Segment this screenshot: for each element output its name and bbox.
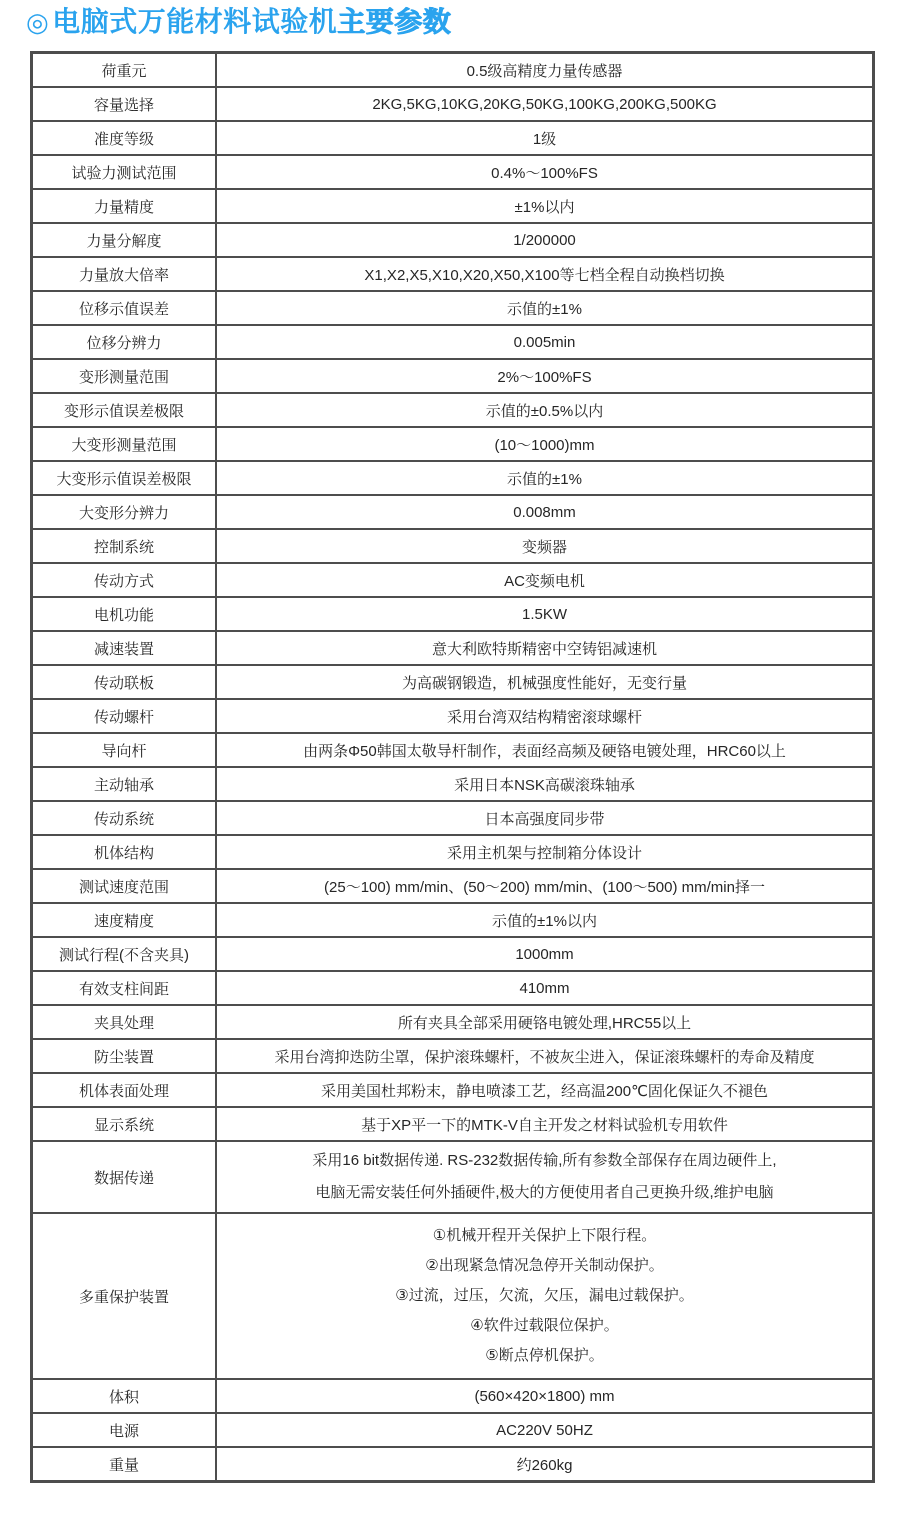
spec-label: 传动方式 [32, 563, 217, 597]
table-row: 电源AC220V 50HZ [32, 1413, 874, 1447]
table-row: 机体结构采用主机架与控制箱分体设计 [32, 835, 874, 869]
spec-value: 基于XP平一下的MTK-V自主开发之材料试验机专用软件 [216, 1107, 874, 1141]
spec-label: 测试速度范围 [32, 869, 217, 903]
spec-value: 1.5KW [216, 597, 874, 631]
spec-value: 0.005min [216, 325, 874, 359]
spec-value: X1,X2,X5,X10,X20,X50,X100等七档全程自动换档切换 [216, 257, 874, 291]
table-row: 位移分辨力0.005min [32, 325, 874, 359]
spec-label: 电源 [32, 1413, 217, 1447]
table-row: 显示系统基于XP平一下的MTK-V自主开发之材料试验机专用软件 [32, 1107, 874, 1141]
table-row: 传动联板为高碳钢锻造，机械强度性能好，无变行量 [32, 665, 874, 699]
spec-label: 机体表面处理 [32, 1073, 217, 1107]
spec-value: 为高碳钢锻造，机械强度性能好，无变行量 [216, 665, 874, 699]
spec-value-line: 采用16 bit数据传递. RS-232数据传输,所有参数全部保存在周边硬件上, [225, 1145, 864, 1177]
spec-value: 变频器 [216, 529, 874, 563]
spec-value-line: 电脑无需安装任何外插硬件,极大的方便使用者自己更换升级,维护电脑 [225, 1177, 864, 1209]
spec-value: 日本高强度同步带 [216, 801, 874, 835]
spec-label: 变形示值误差极限 [32, 393, 217, 427]
spec-label: 力量精度 [32, 189, 217, 223]
spec-label: 减速装置 [32, 631, 217, 665]
spec-label: 导向杆 [32, 733, 217, 767]
spec-value: 采用16 bit数据传递. RS-232数据传输,所有参数全部保存在周边硬件上,… [216, 1141, 874, 1213]
page-title-bold: 主要参数 [337, 6, 451, 37]
spec-value: 采用日本NSK高碳滚珠轴承 [216, 767, 874, 801]
spec-value: ±1%以内 [216, 189, 874, 223]
spec-value: AC变频电机 [216, 563, 874, 597]
table-row: 主动轴承采用日本NSK高碳滚珠轴承 [32, 767, 874, 801]
spec-label: 数据传递 [32, 1141, 217, 1213]
table-row: 试验力测试范围0.4%～100%FS [32, 155, 874, 189]
spec-label: 容量选择 [32, 87, 217, 121]
spec-label: 大变形测量范围 [32, 427, 217, 461]
spec-value: AC220V 50HZ [216, 1413, 874, 1447]
spec-label: 电机功能 [32, 597, 217, 631]
spec-value: 采用台湾双结构精密滚球螺杆 [216, 699, 874, 733]
spec-value: 2%～100%FS [216, 359, 874, 393]
spec-label: 准度等级 [32, 121, 217, 155]
table-row: 力量分解度1/200000 [32, 223, 874, 257]
table-row: 防尘装置采用台湾抑迭防尘罩，保护滚珠螺杆，不被灰尘进入，保证滚珠螺杆的寿命及精度 [32, 1039, 874, 1073]
table-row-data-transfer: 数据传递 采用16 bit数据传递. RS-232数据传输,所有参数全部保存在周… [32, 1141, 874, 1213]
spec-value-line: ⑤断点停机保护。 [225, 1341, 864, 1371]
spec-label: 试验力测试范围 [32, 155, 217, 189]
table-row: 有效支柱间距410mm [32, 971, 874, 1005]
spec-value: 示值的±1%以内 [216, 903, 874, 937]
table-row: 体积(560×420×1800) mm [32, 1379, 874, 1413]
spec-label: 荷重元 [32, 53, 217, 88]
spec-label: 传动系统 [32, 801, 217, 835]
spec-label: 变形测量范围 [32, 359, 217, 393]
table-row: 力量放大倍率X1,X2,X5,X10,X20,X50,X100等七档全程自动换档… [32, 257, 874, 291]
table-row: 准度等级1级 [32, 121, 874, 155]
spec-label: 力量放大倍率 [32, 257, 217, 291]
table-row: 测试行程(不含夹具)1000mm [32, 937, 874, 971]
table-row: 变形示值误差极限示值的±0.5%以内 [32, 393, 874, 427]
table-row: 导向杆由两条Φ50韩国太敬导杆制作，表面经高频及硬铬电镀处理，HRC60以上 [32, 733, 874, 767]
table-row: 控制系统变频器 [32, 529, 874, 563]
title-bullet-icon: ◎ [26, 7, 49, 37]
table-row: 机体表面处理采用美国杜邦粉末，静电喷漆工艺，经高温200℃固化保证久不褪色 [32, 1073, 874, 1107]
spec-value: 所有夹具全部采用硬铬电镀处理,HRC55以上 [216, 1005, 874, 1039]
table-row: 减速装置意大利欧特斯精密中空铸铝减速机 [32, 631, 874, 665]
spec-label: 防尘装置 [32, 1039, 217, 1073]
spec-value-line: ②出现紧急情况急停开关制动保护。 [225, 1251, 864, 1281]
spec-value: 采用台湾抑迭防尘罩，保护滚珠螺杆，不被灰尘进入，保证滚珠螺杆的寿命及精度 [216, 1039, 874, 1073]
spec-value-line: ③过流，过压，欠流，欠压，漏电过载保护。 [225, 1281, 864, 1311]
table-row: 容量选择2KG,5KG,10KG,20KG,50KG,100KG,200KG,5… [32, 87, 874, 121]
spec-value-line: ①机械开程开关保护上下限行程。 [225, 1221, 864, 1251]
table-row: 大变形示值误差极限示值的±1% [32, 461, 874, 495]
spec-label: 显示系统 [32, 1107, 217, 1141]
page-title-regular: 电脑式万能材料试验机 [52, 6, 337, 37]
spec-label: 主动轴承 [32, 767, 217, 801]
spec-label: 位移分辨力 [32, 325, 217, 359]
spec-value: 意大利欧特斯精密中空铸铝减速机 [216, 631, 874, 665]
spec-label: 有效支柱间距 [32, 971, 217, 1005]
spec-value: 由两条Φ50韩国太敬导杆制作，表面经高频及硬铬电镀处理，HRC60以上 [216, 733, 874, 767]
spec-label: 位移示值误差 [32, 291, 217, 325]
spec-table: 荷重元0.5级高精度力量传感器 容量选择2KG,5KG,10KG,20KG,50… [30, 51, 875, 1483]
table-row: 大变形测量范围(10～1000)mm [32, 427, 874, 461]
spec-label: 力量分解度 [32, 223, 217, 257]
spec-value: 0.5级高精度力量传感器 [216, 53, 874, 88]
spec-value: (560×420×1800) mm [216, 1379, 874, 1413]
spec-value: 1/200000 [216, 223, 874, 257]
spec-value: 示值的±0.5%以内 [216, 393, 874, 427]
table-row: 变形测量范围2%～100%FS [32, 359, 874, 393]
spec-value: 2KG,5KG,10KG,20KG,50KG,100KG,200KG,500KG [216, 87, 874, 121]
page-title: ◎电脑式万能材料试验机主要参数 [26, 5, 900, 39]
table-row: 荷重元0.5级高精度力量传感器 [32, 53, 874, 88]
spec-value: 0.008mm [216, 495, 874, 529]
table-row: 传动螺杆采用台湾双结构精密滚球螺杆 [32, 699, 874, 733]
spec-value: 1级 [216, 121, 874, 155]
spec-value: 410mm [216, 971, 874, 1005]
table-row: 位移示值误差示值的±1% [32, 291, 874, 325]
spec-label: 大变形分辨力 [32, 495, 217, 529]
spec-label: 体积 [32, 1379, 217, 1413]
spec-value: (25～100) mm/min、(50～200) mm/min、(100～500… [216, 869, 874, 903]
spec-value: 示值的±1% [216, 291, 874, 325]
spec-label: 传动螺杆 [32, 699, 217, 733]
table-row: 速度精度示值的±1%以内 [32, 903, 874, 937]
spec-label: 多重保护装置 [32, 1213, 217, 1379]
spec-label: 测试行程(不含夹具) [32, 937, 217, 971]
table-row: 测试速度范围(25～100) mm/min、(50～200) mm/min、(1… [32, 869, 874, 903]
spec-value: ①机械开程开关保护上下限行程。 ②出现紧急情况急停开关制动保护。 ③过流，过压，… [216, 1213, 874, 1379]
spec-value: 采用主机架与控制箱分体设计 [216, 835, 874, 869]
spec-value-line: ④软件过载限位保护。 [225, 1311, 864, 1341]
spec-label: 机体结构 [32, 835, 217, 869]
spec-label: 控制系统 [32, 529, 217, 563]
table-row: 重量约260kg [32, 1447, 874, 1482]
table-row-protection: 多重保护装置 ①机械开程开关保护上下限行程。 ②出现紧急情况急停开关制动保护。 … [32, 1213, 874, 1379]
spec-label: 大变形示值误差极限 [32, 461, 217, 495]
spec-label: 速度精度 [32, 903, 217, 937]
spec-label: 夹具处理 [32, 1005, 217, 1039]
spec-label: 重量 [32, 1447, 217, 1482]
table-row: 大变形分辨力0.008mm [32, 495, 874, 529]
spec-value: 0.4%～100%FS [216, 155, 874, 189]
spec-value: 采用美国杜邦粉末，静电喷漆工艺，经高温200℃固化保证久不褪色 [216, 1073, 874, 1107]
table-row: 力量精度±1%以内 [32, 189, 874, 223]
spec-value: 1000mm [216, 937, 874, 971]
table-row: 夹具处理所有夹具全部采用硬铬电镀处理,HRC55以上 [32, 1005, 874, 1039]
table-row: 传动方式AC变频电机 [32, 563, 874, 597]
spec-value: 示值的±1% [216, 461, 874, 495]
spec-value: 约260kg [216, 1447, 874, 1482]
spec-value: (10～1000)mm [216, 427, 874, 461]
spec-label: 传动联板 [32, 665, 217, 699]
table-row: 电机功能1.5KW [32, 597, 874, 631]
table-row: 传动系统日本高强度同步带 [32, 801, 874, 835]
